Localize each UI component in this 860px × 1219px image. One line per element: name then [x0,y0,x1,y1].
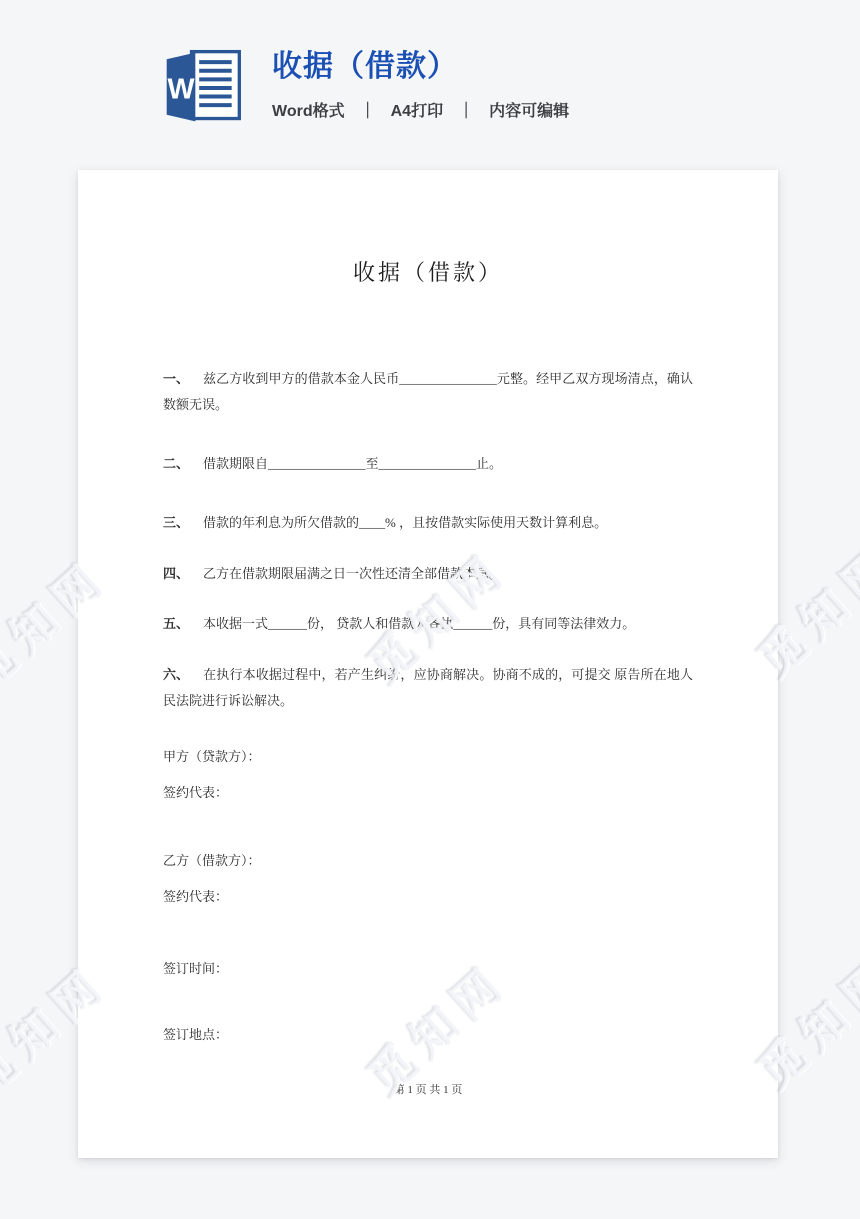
attr-editable: 内容可编辑 [489,98,569,121]
attr-a4-print: A4打印 [391,98,443,121]
site-header: W 收据（借款） Word格式 ｜ A4打印 ｜ 内容可编辑 [160,44,569,130]
clause-4: 四、乙方在借款期限届满之日一次性还清全部借款本息。 [163,561,693,587]
clause-1-marker: 一、 [163,366,203,392]
divider-bar: ｜ [458,98,474,121]
party-b-label: 乙方（借款方）： [163,851,261,871]
clause-4-marker: 四、 [163,561,203,587]
document-body: 收据（借款） 一、兹乙方收到甲方的借款本金人民币_______________元… [78,170,778,1158]
attr-word-format: Word格式 [272,98,345,121]
clause-6: 六、在执行本收据过程中，若产生纠纷，应协商解决。协商不成的，可提交 原告所在地人… [163,662,693,714]
clause-1: 一、兹乙方收到甲方的借款本金人民币_______________元整。经甲乙双方… [163,366,693,418]
header-text-block: 收据（借款） Word格式 ｜ A4打印 ｜ 内容可编辑 [272,44,569,121]
clause-5-marker: 五、 [163,611,203,637]
document-title: 收据（借款） [78,256,778,287]
sign-time-label: 签订时间： [163,959,228,979]
sign-place-label: 签订地点： [163,1025,228,1045]
page-canvas: W 收据（借款） Word格式 ｜ A4打印 ｜ 内容可编辑 收据（借款） 一、… [0,0,860,1219]
clause-3: 三、借款的年利息为所欠借款的____% ，且按借款实际使用天数计算利息。 [163,510,693,536]
clause-4-text: 乙方在借款期限届满之日一次性还清全部借款本息。 [203,566,502,581]
clause-6-text: 在执行本收据过程中，若产生纠纷，应协商解决。协商不成的，可提交 原告所在地人民法… [163,667,693,708]
clause-2-marker: 二、 [163,451,203,477]
word-icon-letter: W [167,73,195,105]
clause-2: 二、借款期限自_______________至_______________止。 [163,451,693,477]
page-number-footer: 第 1 页 共 1 页 [78,1081,778,1097]
clause-6-marker: 六、 [163,662,203,688]
word-file-icon: W [160,44,246,130]
clause-3-marker: 三、 [163,510,203,536]
divider-bar: ｜ [360,98,376,121]
clause-2-text: 借款期限自_______________至_______________止。 [203,456,502,471]
party-a-label: 甲方（贷款方）： [163,747,261,767]
party-b-representative-label: 签约代表： [163,887,228,907]
party-a-representative-label: 签约代表： [163,783,228,803]
template-attributes: Word格式 ｜ A4打印 ｜ 内容可编辑 [272,98,569,121]
clause-1-text: 兹乙方收到甲方的借款本金人民币_______________元整。经甲乙双方现场… [163,371,693,412]
clause-5-text: 本收据一式______份， 贷款人和借款人各执______份，具有同等法律效力。 [203,616,635,631]
document-page: 收据（借款） 一、兹乙方收到甲方的借款本金人民币_______________元… [78,170,778,1158]
clause-5: 五、本收据一式______份， 贷款人和借款人各执______份，具有同等法律效… [163,611,693,637]
template-title: 收据（借款） [272,50,569,83]
clause-3-text: 借款的年利息为所欠借款的____% ，且按借款实际使用天数计算利息。 [203,515,607,530]
